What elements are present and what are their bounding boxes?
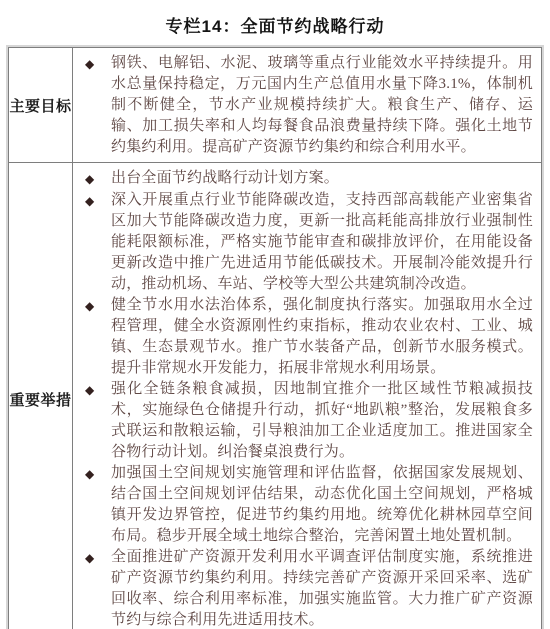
column-box-table: 主要目标 ◆ 钢铁、电解铝、水泥、玻璃等重点行业能效水平持续提升。用水总量保持稳… <box>8 47 542 629</box>
diamond-bullet-icon: ◆ <box>85 463 111 485</box>
list-item: ◆ 加强国土空间规划实施管理和评估监督，依据国家发展规划、结合国土空间规划评估结… <box>85 463 533 547</box>
table-row-key-measures: 重要举措 ◆ 出台全面节约战略行动计划方案。 ◆ 深入开展重点行业节能降碳改造，… <box>9 163 541 629</box>
bullet-text: 全面推进矿产资源开发利用水平调查评估制度实施，系统推进矿产资源节约集约利用。持续… <box>111 547 533 629</box>
diamond-bullet-icon: ◆ <box>85 53 111 75</box>
bullet-text: 健全节水用水法治体系，强化制度执行落实。加强取用水全过程管理，健全水资源刚性约束… <box>111 295 533 379</box>
list-item: ◆ 健全节水用水法治体系，强化制度执行落实。加强取用水全过程管理，健全水资源刚性… <box>85 295 533 379</box>
list-item: ◆ 出台全面节约战略行动计划方案。 <box>85 168 533 190</box>
row-label-main-goals: 主要目标 <box>9 48 73 162</box>
document-page: 专栏14：全面节约战略行动 主要目标 ◆ 钢铁、电解铝、水泥、玻璃等重点行业能效… <box>0 0 550 629</box>
diamond-bullet-icon: ◆ <box>85 379 111 401</box>
bullet-text: 出台全面节约战略行动计划方案。 <box>111 168 533 189</box>
page-title: 专栏14：全面节约战略行动 <box>0 0 550 47</box>
list-item: ◆ 深入开展重点行业节能降碳改造，支持西部高载能产业密集省区加大节能降碳改造力度… <box>85 190 533 295</box>
bullet-text: 钢铁、电解铝、水泥、玻璃等重点行业能效水平持续提升。用水总量保持稳定，万元国内生… <box>111 53 533 158</box>
row-content-main-goals: ◆ 钢铁、电解铝、水泥、玻璃等重点行业能效水平持续提升。用水总量保持稳定，万元国… <box>73 48 541 162</box>
row-label-key-measures: 重要举措 <box>9 163 73 629</box>
table-row-main-goals: 主要目标 ◆ 钢铁、电解铝、水泥、玻璃等重点行业能效水平持续提升。用水总量保持稳… <box>9 48 541 163</box>
row-content-key-measures: ◆ 出台全面节约战略行动计划方案。 ◆ 深入开展重点行业节能降碳改造，支持西部高… <box>73 163 541 629</box>
bullet-text: 强化全链条粮食减损，因地制宜推介一批区域性节粮减损技术，实施绿色仓储提升行动，抓… <box>111 379 533 463</box>
diamond-bullet-icon: ◆ <box>85 190 111 212</box>
diamond-bullet-icon: ◆ <box>85 547 111 569</box>
list-item: ◆ 强化全链条粮食减损，因地制宜推介一批区域性节粮减损技术，实施绿色仓储提升行动… <box>85 379 533 463</box>
bullet-text: 深入开展重点行业节能降碳改造，支持西部高载能产业密集省区加大节能降碳改造力度，更… <box>111 190 533 295</box>
list-item: ◆ 钢铁、电解铝、水泥、玻璃等重点行业能效水平持续提升。用水总量保持稳定，万元国… <box>85 53 533 158</box>
bullet-text: 加强国土空间规划实施管理和评估监督，依据国家发展规划、结合国土空间规划评估结果，… <box>111 463 533 547</box>
diamond-bullet-icon: ◆ <box>85 295 111 317</box>
diamond-bullet-icon: ◆ <box>85 168 111 190</box>
list-item: ◆ 全面推进矿产资源开发利用水平调查评估制度实施，系统推进矿产资源节约集约利用。… <box>85 547 533 629</box>
